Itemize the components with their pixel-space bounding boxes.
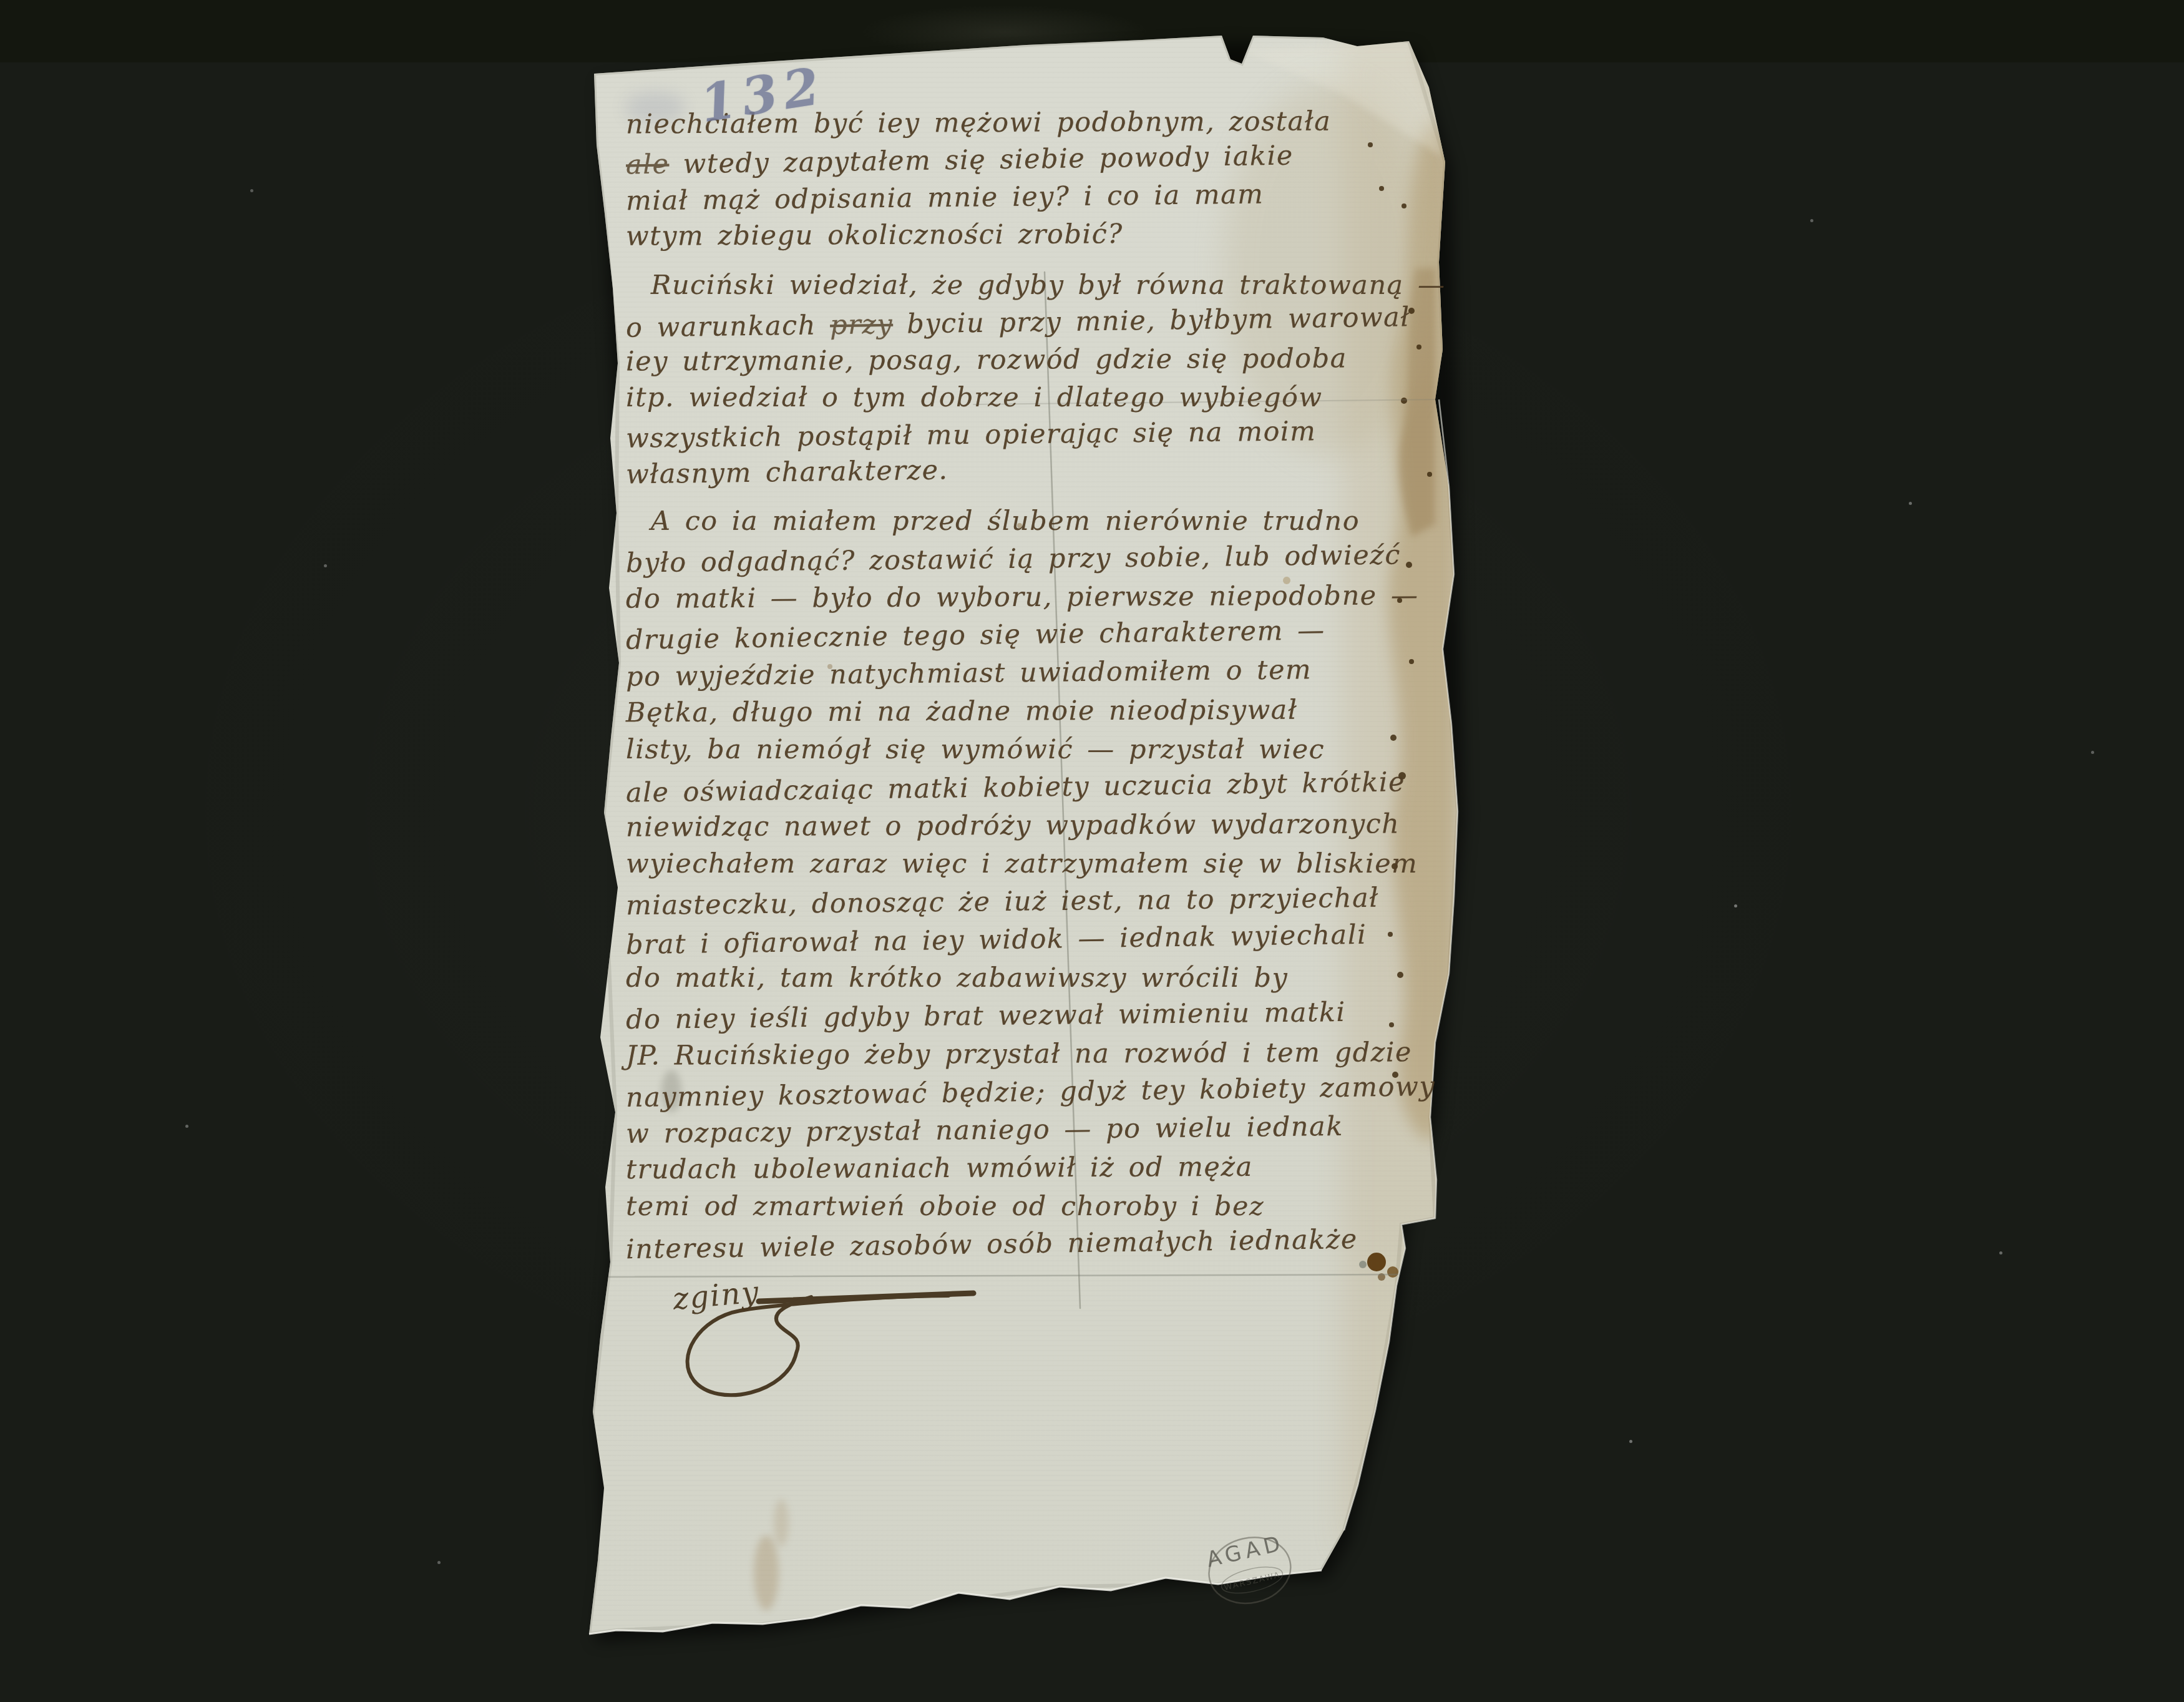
manuscript-line: do matki — było do wyboru, pierwsze niep…: [626, 580, 1419, 615]
manuscript-line: do matki, tam krótko zabawiwszy wrócili …: [626, 962, 1288, 994]
manuscript-line: miasteczku, donosząc że iuż iest, na to …: [626, 883, 1379, 922]
manuscript-line: iey utrzymanie, posag, rozwód gdzie się …: [626, 343, 1347, 377]
manuscript-line: A co ia miałem przed ślubem nierównie tr…: [626, 506, 1360, 537]
manuscript: niechciałem być iey mężowi podobnym, zos…: [626, 0, 1475, 1702]
manuscript-line: temi od zmartwień oboie od choroby i bez: [626, 1191, 1264, 1222]
struck-word: ale: [626, 149, 670, 181]
manuscript-line: wtym zbiegu okoliczności zrobić?: [626, 218, 1123, 252]
manuscript-line: niewidząc nawet o podróży wypadków wydar…: [626, 808, 1400, 843]
manuscript-line: po wyjeździe natychmiast uwiadomiłem o t…: [626, 654, 1312, 693]
manuscript-line: trudach ubolewaniach wmówił iż od męża: [626, 1152, 1253, 1185]
manuscript-line: brat i ofiarował na iey widok — iednak w…: [626, 919, 1367, 961]
manuscript-line: w rozpaczy przystał naniego — po wielu i…: [626, 1111, 1343, 1150]
stamp-text-agad: AGAD: [1204, 1530, 1287, 1572]
scan-background: niechciałem być iey mężowi podobnym, zos…: [0, 0, 2184, 1702]
manuscript-line: wyiechałem zaraz więc i zatrzymałem się …: [626, 848, 1418, 879]
manuscript-line: drugie koniecznie tego się wie charakter…: [626, 615, 1325, 656]
manuscript-line: listy, ba niemógł się wymówić — przystał…: [626, 734, 1325, 765]
manuscript-line: naymniey kosztować będzie; gdyż tey kobi…: [626, 1071, 1436, 1113]
manuscript-line: o warunkach przy byciu przy mnie, byłbym…: [626, 301, 1410, 344]
struck-word: przy: [830, 309, 894, 341]
manuscript-line: JP. Rucińskiego żeby przystał na rozwód …: [626, 1037, 1412, 1071]
manuscript-line: ale wtedy zapytałem się siebie powody ia…: [626, 140, 1294, 181]
manuscript-line: było odgadnąć? zostawić ią przy sobie, l…: [626, 539, 1401, 579]
manuscript-line: miał mąż odpisania mnie iey? i co ia mam: [626, 179, 1264, 217]
manuscript-line: Bętka, długo mi na żadne moie nieodpisyw…: [626, 695, 1297, 729]
manuscript-line: Ruciński wiedział, że gdyby był równa tr…: [626, 270, 1445, 301]
manuscript-line: interesu wiele zasobów osób niemałych ie…: [626, 1224, 1358, 1265]
manuscript-line: ale oświadczaiąc matki kobiety uczucia z…: [626, 766, 1406, 808]
manuscript-line: itp. wiedział o tym dobrze i dlatego wyb…: [626, 382, 1323, 413]
manuscript-line: wszystkich postąpił mu opierając się na …: [626, 416, 1317, 454]
manuscript-line: własnym charakterze.: [626, 454, 948, 490]
stamp-text-warszawa: WARSZAWA: [1223, 1570, 1281, 1592]
manuscript-line: do niey ieśli gdyby brat wezwał wimieniu…: [626, 997, 1346, 1035]
